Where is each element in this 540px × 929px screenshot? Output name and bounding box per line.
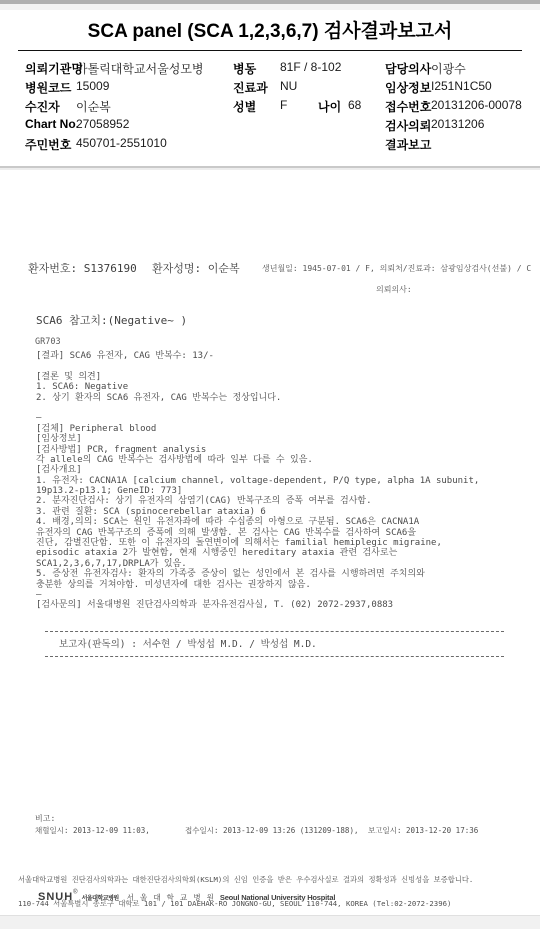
reporter-line: 보고자(판독의) : 서수현 / 박성섭 M.D. / 박성섭 M.D. xyxy=(45,631,504,657)
top-window-bar-light xyxy=(0,4,540,10)
report-line: [결과] SCA6 유전자, CAG 반복수: 13/- xyxy=(36,351,536,361)
report-line: SCA1,2,3,6,7,17,DRPLA가 있음. xyxy=(36,559,536,569)
report-line: episodic ataxia 2가 발현함, 현재 시행중인 heredita… xyxy=(36,548,536,558)
field-label-clinical-info: 임상정보 xyxy=(385,79,431,96)
field-value-examinee: 이순복 xyxy=(76,98,111,115)
report-line: [임상정보] xyxy=(36,434,536,444)
field-label-institution: 의뢰기관명 xyxy=(25,60,83,77)
field-label-ward: 병동 xyxy=(233,60,256,77)
field-label-accession-no: 접수번호 xyxy=(385,98,431,115)
field-label-sex: 성별 xyxy=(233,98,256,115)
report-page: SCA panel (SCA 1,2,3,6,7) 검사결과보고서 의뢰기관명 … xyxy=(0,0,540,929)
field-label-age: 나이 xyxy=(318,98,341,115)
report-line: 1. 유전자: CACNA1A [calcium channel, voltag… xyxy=(36,476,536,486)
field-value-order-date: 20131206 xyxy=(431,117,484,131)
field-label-report-date: 결과보고 xyxy=(385,136,431,153)
field-value-department: NU xyxy=(280,79,297,93)
field-label-hospital-code: 병원코드 xyxy=(25,79,71,96)
report-line: 유전자의 CAG 반복구조의 증폭에 의해 발생함. 본 검사는 CAG 반복수… xyxy=(36,528,536,538)
report-line: 각 allele의 CAG 반복수는 검사방법에 따라 일부 다를 수 있음. xyxy=(36,455,536,465)
report-line: [검체] Peripheral blood xyxy=(36,424,536,434)
report-line: [검사개요] xyxy=(36,465,536,475)
report-line: 5. 증상전 유전자검사: 환자의 가족중 증상이 없는 성인에서 본 검사를 … xyxy=(36,569,536,579)
patient-name: 환자성명: 이순복 xyxy=(152,260,240,276)
referring-doctor: 의뢰의사: xyxy=(376,284,412,295)
page-title: SCA panel (SCA 1,2,3,6,7) 검사결과보고서 xyxy=(0,16,540,43)
field-label-doctor: 담당의사 xyxy=(385,60,431,77)
field-label-chart-no: Chart No. xyxy=(25,117,79,131)
hospital-address: 110-744 서울특별시 종로구 대학로 101 / 101 DAEHAK-R… xyxy=(18,899,538,909)
field-value-resident-no: 450701-2551010 xyxy=(76,136,167,150)
report-line: 4. 배경,의의: SCA는 원인 유전자좌에 따라 수십종의 아형으로 구분됨… xyxy=(36,517,536,527)
field-value-hospital-code: 15009 xyxy=(76,79,109,93)
collected-datetime: 채혈일시: 2013-12-09 11:03, xyxy=(35,825,150,836)
field-value-sex: F xyxy=(280,98,287,112)
field-value-doctor: 이광수 xyxy=(431,60,466,77)
report-line xyxy=(36,361,536,371)
field-value-institution: 가톨릭대학교서울성모병 xyxy=(76,60,204,77)
bottom-window-bar xyxy=(0,915,540,929)
report-line: [검사문의] 서울대병원 진단검사의학과 분자유전검사실, T. (02) 20… xyxy=(36,600,536,610)
test-code: GR703 xyxy=(35,337,61,347)
field-label-resident-no: 주민번호 xyxy=(25,136,71,153)
received-datetime: 접수일시: 2013-12-09 13:26 (131209-188), xyxy=(185,825,358,836)
field-label-order-date: 검사의뢰 xyxy=(385,117,431,134)
report-body: [결과] SCA6 유전자, CAG 반복수: 13/-[결론 및 의견]1. … xyxy=(36,351,536,611)
title-underline xyxy=(18,50,522,51)
field-value-ward: 81F / 8-102 xyxy=(280,60,341,74)
header-divider xyxy=(0,166,540,170)
accreditation-note: 서울대학교병원 진단검사의학과는 대한진단검사의학회(KSLM)의 신임 인증을… xyxy=(18,875,538,885)
field-label-examinee: 수진자 xyxy=(25,98,60,115)
report-line: 2. 분자진단검사: 상기 유전자의 삼염기(CAG) 반복구조의 증폭 여부를… xyxy=(36,496,536,506)
report-line: [결론 및 의견] xyxy=(36,372,536,382)
hospital-logo-row: SNUH®서울대학교병원서 울 대 학 교 병 원Seoul National … xyxy=(38,887,538,899)
patient-number: 환자번호: S1376190 xyxy=(28,260,137,276)
field-value-accession-no: 20131206-00078 xyxy=(431,98,522,112)
field-value-clinical-info: I251N1C50 xyxy=(431,79,492,93)
report-line: 진단, 감별진단함. 또한 이 유전자의 돌연변이에 의해서는 familial… xyxy=(36,538,536,548)
result-section-title: SCA6 참고치:(Negative~ ) xyxy=(36,312,187,328)
field-value-chart-no: 27058952 xyxy=(76,117,129,131)
report-line: 19p13.2-p13.1; GeneID: 773] xyxy=(36,486,536,496)
field-label-department: 진료과 xyxy=(233,79,268,96)
report-line: 1. SCA6: Negative xyxy=(36,382,536,392)
report-line: [검사방법] PCR, fragment analysis xyxy=(36,445,536,455)
report-line: — xyxy=(36,413,536,423)
patient-birth-referral: 생년월일: 1945-07-01 / F, 의뢰처/진료과: 삼광임상검사(선불… xyxy=(262,263,531,274)
report-line: 3. 관련 질환: SCA (spinocerebellar ataxia) 6 xyxy=(36,507,536,517)
report-line: — xyxy=(36,590,536,600)
report-line: 2. 상기 환자의 SCA6 유전자, CAG 반복수는 정상입니다. xyxy=(36,393,536,403)
report-line: 충분한 상의를 거쳐야함. 미성년자에 대한 검사는 권장하지 않음. xyxy=(36,580,536,590)
registered-mark-icon: ® xyxy=(73,890,77,896)
field-value-age: 68 xyxy=(348,98,361,112)
report-line xyxy=(36,403,536,413)
remarks-label: 비고: xyxy=(35,813,55,824)
reported-datetime: 보고일시: 2013-12-20 17:36 xyxy=(368,825,478,836)
